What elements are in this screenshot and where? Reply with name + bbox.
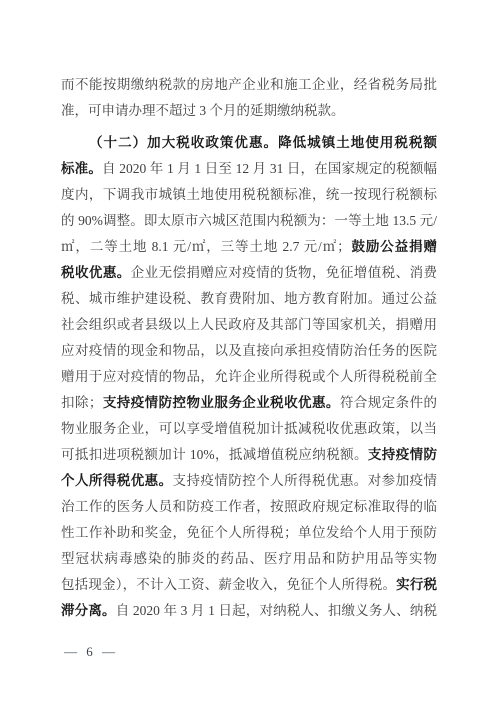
bold-text-run: 支持疫情防控物业服务企业税收优惠。 (102, 395, 339, 410)
text-run: ㎡，二等土地 8.1 元/㎡，三等土地 2.7 元/㎡； (61, 239, 351, 254)
text-line: 赠用于应对疫情的物品，允许企业所得税或个人所得税税前全额 (61, 364, 437, 390)
text-line: 应对疫情的现金和物品，以及直接向承担疫情防治任务的医院捐 (61, 338, 437, 364)
bold-text-run: 实行税 (396, 577, 437, 592)
text-run: 物业服务企业，可以享受增值税加计抵减税收优惠政策，以当期 (61, 421, 437, 442)
text-line: 性工作补助和奖金，免征个人所得税；单位发给个人用于预防新 (61, 520, 437, 546)
text-run: 包括现金），不计入工资、薪金收入，免征个人所得税。 (61, 577, 396, 592)
text-line: 个人所得税优惠。支持疫情防控个人所得税优惠。对参加疫情防 (61, 468, 437, 494)
bold-text-run: 滞分离。 (61, 603, 116, 618)
text-line: 治工作的医务人员和防疫工作者，按照政府规定标准取得的临时 (61, 494, 437, 520)
text-run: 扣除； (61, 395, 102, 410)
text-run: 赠用于应对疫情的物品，允许企业所得税或个人所得税税前全额 (61, 369, 437, 390)
document-page: 而不能按期缴纳税款的房地产企业和施工企业，经省税务局批准，可申请办理不超过 3 … (0, 0, 500, 707)
text-run: 可抵扣进项税额加计 10%，抵减增值税应纳税额。 (61, 447, 368, 462)
text-run: 应对疫情的现金和物品，以及直接向承担疫情防治任务的医院捐 (61, 343, 437, 364)
text-run: 而不能按期缴纳税款的房地产企业和施工企业，经省税务局批 (61, 77, 437, 92)
text-run: 度内，下调我市城镇土地使用税税额标准，统一按现行税额标准 (61, 187, 437, 208)
text-line: 物业服务企业，可以享受增值税加计抵减税收优惠政策，以当期 (61, 416, 437, 442)
bold-text-run: 个人所得税优惠。 (61, 473, 173, 488)
text-line: 税收优惠。企业无偿捐赠应对疫情的货物，免征增值税、消费 (61, 260, 437, 286)
text-line: 滞分离。自 2020 年 3 月 1 日起，对纳税人、扣缴义务人、纳税 (61, 598, 437, 624)
text-line: 扣除；支持疫情防控物业服务企业税收优惠。符合规定条件的 (61, 390, 437, 416)
text-line: 社会组织或者县级以上人民政府及其部门等国家机关，捐赠用于 (61, 312, 437, 338)
text-line: （十二）加大税收政策优惠。降低城镇土地使用税税额 (61, 130, 437, 156)
document-body: 而不能按期缴纳税款的房地产企业和施工企业，经省税务局批准，可申请办理不超过 3 … (61, 72, 437, 624)
bold-text-run: （十二）加大税收政策优惠。降低城镇土地使用税税额 (89, 135, 437, 150)
text-run: 社会组织或者县级以上人民政府及其部门等国家机关，捐赠用于 (61, 317, 437, 338)
text-run: 税、城市维护建设税、教育费附加、地方教育附加。通过公益性 (61, 291, 437, 312)
text-run: 自 2020 年 1 月 1 日至 12 月 31 日，在国家规定的税额幅 (102, 161, 437, 176)
text-run: 型冠状病毒感染的肺炎的药品、医疗用品和防护用品等实物（不 (61, 551, 437, 572)
text-run: 性工作补助和奖金，免征个人所得税；单位发给个人用于预防新 (61, 525, 437, 546)
paragraph: 而不能按期缴纳税款的房地产企业和施工企业，经省税务局批准，可申请办理不超过 3 … (61, 72, 437, 124)
text-line: 而不能按期缴纳税款的房地产企业和施工企业，经省税务局批 (61, 72, 437, 98)
text-line: 可抵扣进项税额加计 10%，抵减增值税应纳税额。支持疫情防控 (61, 442, 437, 468)
text-line: 税、城市维护建设税、教育费附加、地方教育附加。通过公益性 (61, 286, 437, 312)
text-line: 准，可申请办理不超过 3 个月的延期缴纳税款。 (61, 98, 437, 124)
text-line: 型冠状病毒感染的肺炎的药品、医疗用品和防护用品等实物（不 (61, 546, 437, 572)
text-run: 符合规定条件的 (340, 395, 437, 410)
text-line: 标准。自 2020 年 1 月 1 日至 12 月 31 日，在国家规定的税额幅 (61, 156, 437, 182)
text-run: 自 2020 年 3 月 1 日起，对纳税人、扣缴义务人、纳税 (116, 603, 437, 618)
bold-text-run: 标准。 (61, 161, 102, 176)
text-line: 的 90%调整。即太原市六城区范围内税额为：一等土地 13.5 元/ (61, 208, 437, 234)
text-run: 的 90%调整。即太原市六城区范围内税额为：一等土地 13.5 元/ (61, 213, 437, 228)
text-run: 准，可申请办理不超过 3 个月的延期缴纳税款。 (61, 103, 345, 118)
text-run: 治工作的医务人员和防疫工作者，按照政府规定标准取得的临时 (61, 499, 437, 520)
text-line: 包括现金），不计入工资、薪金收入，免征个人所得税。实行税 (61, 572, 437, 598)
text-line: ㎡，二等土地 8.1 元/㎡，三等土地 2.7 元/㎡；鼓励公益捐赠 (61, 234, 437, 260)
paragraph: （十二）加大税收政策优惠。降低城镇土地使用税税额标准。自 2020 年 1 月 … (61, 130, 437, 624)
bold-text-run: 鼓励公益捐赠 (351, 239, 437, 254)
text-line: 度内，下调我市城镇土地使用税税额标准，统一按现行税额标准 (61, 182, 437, 208)
bold-text-run: 税收优惠。 (61, 265, 131, 280)
text-run: 企业无偿捐赠应对疫情的货物，免征增值税、消费 (131, 265, 437, 280)
page-number: — 6 — (64, 642, 118, 662)
